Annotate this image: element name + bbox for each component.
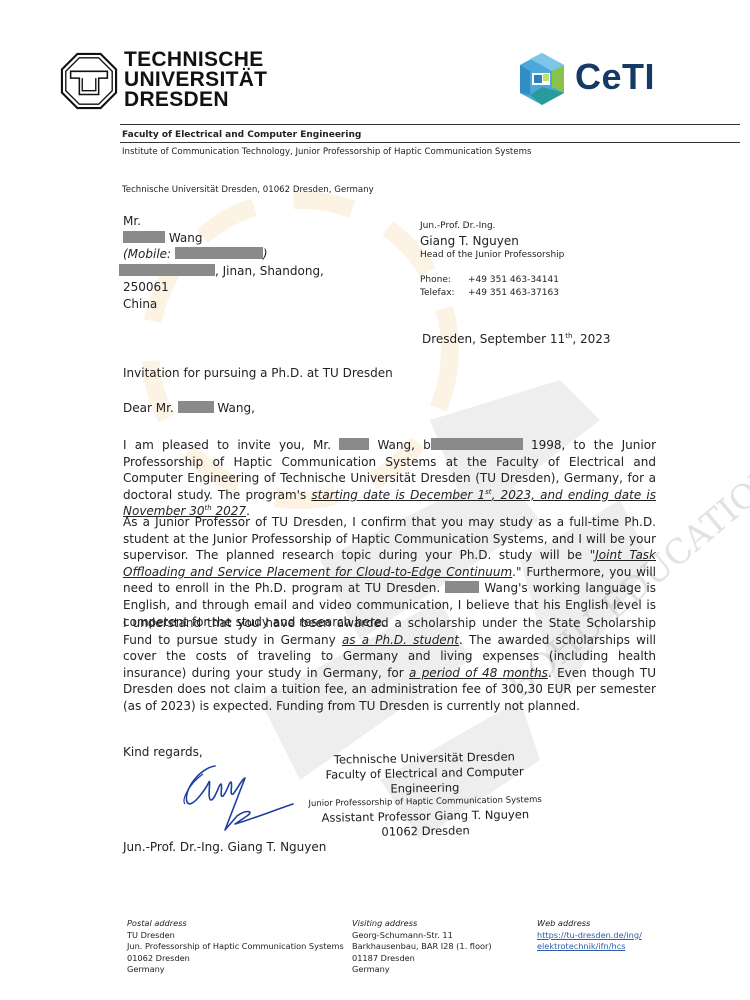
university-name: TECHNISCHE UNIVERSITÄT DRESDEN xyxy=(124,50,267,110)
text: Wang, b xyxy=(377,438,430,452)
footer-web-address: Web address https://tu-dresden.de/ing/el… xyxy=(537,918,642,953)
text: I am pleased to invite you, Mr. xyxy=(123,438,331,452)
institute-name: Institute of Communication Technology, J… xyxy=(122,147,531,157)
footer-line: Germany xyxy=(352,964,492,976)
phone-label: Phone: xyxy=(420,274,468,287)
recipient-postcode: 250061 xyxy=(123,279,324,296)
redaction xyxy=(123,231,165,243)
closing-phrase: Kind regards, xyxy=(123,745,203,759)
footer-postal-address: Postal address TU Dresden Jun. Professor… xyxy=(127,918,344,976)
paragraph-supervision: As a Junior Professor of TU Dresden, I c… xyxy=(123,514,656,630)
footer-heading: Visiting address xyxy=(352,918,492,930)
funding-period: a period of 48 months xyxy=(409,666,548,680)
contact-fax: Telefax:+49 351 463-37163 xyxy=(420,287,564,300)
recipient-street: , Jinan, Shandong, xyxy=(119,263,324,280)
ceti-wordmark: CeTI xyxy=(575,56,655,98)
recipient-city: , Jinan, Shandong, xyxy=(215,264,324,278)
footer-line: 01187 Dresden xyxy=(352,953,492,965)
footer-visiting-address: Visiting address Georg-Schumann-Str. 11 … xyxy=(352,918,492,976)
tu-dresden-logo-icon xyxy=(60,52,118,110)
official-stamp: Technische Universität Dresden Faculty o… xyxy=(289,749,560,842)
university-name-line: TECHNISCHE xyxy=(124,50,267,70)
contact-phone: Phone:+49 351 463-34141 xyxy=(420,274,564,287)
footer-line: TU Dresden xyxy=(127,930,344,942)
redaction xyxy=(445,581,479,593)
paragraph-scholarship: I understand that you have been awarded … xyxy=(123,615,656,715)
footer-heading: Web address xyxy=(537,918,642,930)
footer-line: Jun. Professorship of Haptic Communicati… xyxy=(127,941,344,953)
redaction xyxy=(431,438,523,450)
salutation: Dear Mr. Wang, xyxy=(123,401,255,415)
university-name-line: DRESDEN xyxy=(124,90,267,110)
recipient-address: Mr. Wang (Mobile: ) , Jinan, Shandong, 2… xyxy=(123,213,324,312)
redaction xyxy=(119,264,215,276)
signer-name: Jun.-Prof. Dr.-Ing. Giang T. Nguyen xyxy=(123,840,326,854)
date-year: , 2023 xyxy=(572,332,610,346)
stamp-line: Faculty of Electrical and Computer Engin… xyxy=(290,764,560,799)
paragraph-invitation: I am pleased to invite you, Mr. Wang, b … xyxy=(123,437,656,520)
status-phd: as a Ph.D. student xyxy=(342,633,459,647)
redaction xyxy=(178,401,214,413)
mobile-close: ) xyxy=(263,247,268,261)
signature-icon xyxy=(175,760,295,835)
header-rule-bottom xyxy=(120,142,740,143)
date-text: Dresden, September 11 xyxy=(422,332,565,346)
fax-number: +49 351 463-37163 xyxy=(468,288,559,298)
recipient-country: China xyxy=(123,296,324,313)
faculty-name: Faculty of Electrical and Computer Engin… xyxy=(122,130,361,140)
recipient-name: Wang xyxy=(123,230,324,247)
contact-role: Head of the Junior Professorship xyxy=(420,249,564,262)
web-link-line[interactable]: elektrotechnik/ifn/hcs xyxy=(537,941,625,951)
footer-line: Barkhausenbau, BAR I28 (1. floor) xyxy=(352,941,492,953)
mobile-label: (Mobile: xyxy=(123,247,171,261)
contact-title: Jun.-Prof. Dr.-Ing. xyxy=(420,220,564,233)
letter-date: Dresden, September 11th, 2023 xyxy=(422,332,611,346)
recipient-title: Mr. xyxy=(123,213,324,230)
text: As a Junior Professor of TU Dresden, I c… xyxy=(123,515,656,562)
footer-line: Germany xyxy=(127,964,344,976)
start-date: starting date is December 1 xyxy=(311,488,485,502)
salutation-prefix: Dear Mr. xyxy=(123,401,174,415)
footer-line: 01062 Dresden xyxy=(127,953,344,965)
recipient-surname: Wang xyxy=(169,231,203,245)
recipient-mobile: (Mobile: ) xyxy=(123,246,324,263)
web-link-line[interactable]: https://tu-dresden.de/ing/ xyxy=(537,930,642,940)
salutation-name: Wang, xyxy=(217,401,255,415)
redaction xyxy=(175,247,263,259)
sender-address-line: Technische Universität Dresden, 01062 Dr… xyxy=(122,185,374,195)
ceti-logo-icon xyxy=(516,51,568,107)
letter-subject: Invitation for pursuing a Ph.D. at TU Dr… xyxy=(123,366,393,380)
sender-contact: Jun.-Prof. Dr.-Ing. Giang T. Nguyen Head… xyxy=(420,220,564,300)
web-address-link[interactable]: https://tu-dresden.de/ing/elektrotechnik… xyxy=(537,930,642,952)
contact-name: Giang T. Nguyen xyxy=(420,233,564,249)
footer-heading: Postal address xyxy=(127,918,344,930)
redaction xyxy=(339,438,369,450)
footer-line: Georg-Schumann-Str. 11 xyxy=(352,930,492,942)
phone-number: +49 351 463-34141 xyxy=(468,275,559,285)
fax-label: Telefax: xyxy=(420,287,468,300)
header-rule-top xyxy=(120,124,740,125)
university-name-line: UNIVERSITÄT xyxy=(124,70,267,90)
ordinal: th xyxy=(205,504,212,512)
